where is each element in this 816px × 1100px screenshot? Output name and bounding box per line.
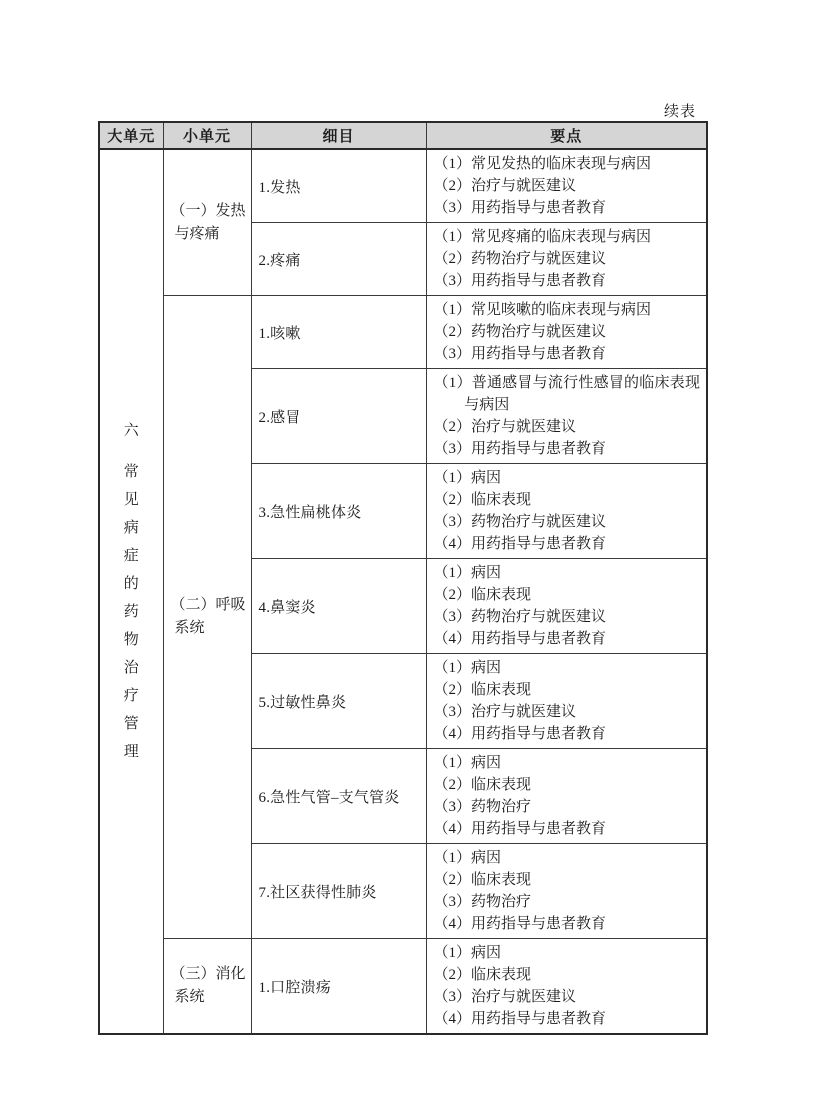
- point-line: （1）病因: [434, 657, 701, 679]
- point-line: （4）用药指导与患者教育: [434, 723, 701, 745]
- point-line: （2）临床表现: [434, 489, 701, 511]
- major-unit-char: 管: [124, 710, 139, 738]
- point-line: （3）用药指导与患者教育: [434, 343, 701, 365]
- points-cell: （1）病因 （2）临床表现 （3）药物治疗 （4）用药指导与患者教育: [426, 749, 707, 844]
- point-line: （1）病因: [434, 942, 701, 964]
- point-line: （1）病因: [434, 562, 701, 584]
- item-cell: 6.急性气管–支气管炎: [251, 749, 426, 844]
- sub-unit-label: 系统: [171, 617, 245, 640]
- col-header-item: 细目: [251, 122, 426, 149]
- point-line: （2）临床表现: [434, 774, 701, 796]
- major-unit-char: 药: [124, 598, 139, 626]
- point-line: （2）药物治疗与就医建议: [434, 321, 701, 343]
- item-cell: 1.发热: [251, 149, 426, 223]
- major-unit-char: 病: [124, 514, 139, 542]
- point-line: （4）用药指导与患者教育: [434, 533, 701, 555]
- major-unit-char: 的: [124, 570, 139, 598]
- points-cell: （1）病因 （2）临床表现 （3）治疗与就医建议 （4）用药指导与患者教育: [426, 654, 707, 749]
- point-line: （3）药物治疗: [434, 891, 701, 913]
- major-unit-char: 治: [124, 654, 139, 682]
- point-line: （1）常见疼痛的临床表现与病因: [434, 226, 701, 248]
- point-line: （4）用药指导与患者教育: [434, 818, 701, 840]
- col-header-sub-unit: 小单元: [163, 122, 251, 149]
- points-cell: （1）病因 （2）临床表现 （3）药物治疗与就医建议 （4）用药指导与患者教育: [426, 464, 707, 559]
- syllabus-table: 大单元 小单元 细目 要点 六 常 见 病 症 的 药 物: [98, 121, 708, 1035]
- points-cell: （1）常见咳嗽的临床表现与病因 （2）药物治疗与就医建议 （3）用药指导与患者教…: [426, 296, 707, 369]
- major-unit-char: 症: [124, 542, 139, 570]
- point-line: （2）临床表现: [434, 964, 701, 986]
- sub-unit-cell-digestive: （三）消化 系统: [163, 939, 251, 1035]
- points-cell: （1）病因 （2）临床表现 （3）药物治疗与就医建议 （4）用药指导与患者教育: [426, 559, 707, 654]
- sub-unit-label: （二）呼吸: [171, 594, 245, 617]
- points-cell: （1）常见疼痛的临床表现与病因 （2）药物治疗与就医建议 （3）用药指导与患者教…: [426, 223, 707, 296]
- point-line: （1）病因: [434, 467, 701, 489]
- sub-unit-cell-respiratory: （二）呼吸 系统: [163, 296, 251, 939]
- major-unit-char: 理: [124, 738, 139, 766]
- point-line: （2）临床表现: [434, 679, 701, 701]
- point-line: （3）治疗与就医建议: [434, 986, 701, 1008]
- point-line: （2）临床表现: [434, 869, 701, 891]
- document-page: 续表 大单元 小单元 细目 要点 六 常 见 病: [0, 0, 816, 1100]
- major-unit-number: 六: [124, 417, 139, 445]
- major-unit-cell: 六 常 见 病 症 的 药 物 治 疗 管 理: [99, 149, 163, 1034]
- item-cell: 1.口腔溃疡: [251, 939, 426, 1035]
- item-cell: 7.社区获得性肺炎: [251, 844, 426, 939]
- point-line: （2）治疗与就医建议: [434, 175, 701, 197]
- point-line: （1）常见咳嗽的临床表现与病因: [434, 299, 701, 321]
- continued-table-label: 续表: [98, 100, 696, 121]
- item-cell: 5.过敏性鼻炎: [251, 654, 426, 749]
- major-unit-char: 常: [124, 458, 139, 486]
- sub-unit-cell-fever-pain: （一）发热 与疼痛: [163, 149, 251, 296]
- point-line: （2）临床表现: [434, 584, 701, 606]
- sub-unit-label: 系统: [171, 986, 245, 1009]
- point-line: （4）用药指导与患者教育: [434, 628, 701, 650]
- points-cell: （1）病因 （2）临床表现 （3）治疗与就医建议 （4）用药指导与患者教育: [426, 939, 707, 1035]
- point-line: （1）常见发热的临床表现与病因: [434, 153, 701, 175]
- header-row: 大单元 小单元 细目 要点: [99, 122, 707, 149]
- sub-unit-label: （三）消化: [171, 963, 245, 986]
- col-header-major-unit: 大单元: [99, 122, 163, 149]
- major-unit-char: 见: [124, 486, 139, 514]
- sub-unit-label: 与疼痛: [171, 223, 245, 246]
- table-row: 六 常 见 病 症 的 药 物 治 疗 管 理 （一）发热: [99, 149, 707, 223]
- points-cell: （1）常见发热的临床表现与病因 （2）治疗与就医建议 （3）用药指导与患者教育: [426, 149, 707, 223]
- table-row: （二）呼吸 系统 1.咳嗽 （1）常见咳嗽的临床表现与病因 （2）药物治疗与就医…: [99, 296, 707, 369]
- point-line: （1）普通感冒与流行性感冒的临床表现与病因: [434, 372, 701, 416]
- item-cell: 4.鼻窦炎: [251, 559, 426, 654]
- item-cell: 1.咳嗽: [251, 296, 426, 369]
- point-line: （3）治疗与就医建议: [434, 701, 701, 723]
- item-cell: 2.感冒: [251, 369, 426, 464]
- point-line: （3）药物治疗与就医建议: [434, 511, 701, 533]
- point-line: （3）用药指导与患者教育: [434, 438, 701, 460]
- point-line: （3）用药指导与患者教育: [434, 197, 701, 219]
- point-line: （4）用药指导与患者教育: [434, 1008, 701, 1030]
- points-cell: （1）普通感冒与流行性感冒的临床表现与病因 （2）治疗与就医建议 （3）用药指导…: [426, 369, 707, 464]
- col-header-points: 要点: [426, 122, 707, 149]
- table-row: （三）消化 系统 1.口腔溃疡 （1）病因 （2）临床表现 （3）治疗与就医建议…: [99, 939, 707, 1035]
- points-cell: （1）病因 （2）临床表现 （3）药物治疗 （4）用药指导与患者教育: [426, 844, 707, 939]
- point-line: （2）治疗与就医建议: [434, 416, 701, 438]
- point-line: （3）用药指导与患者教育: [434, 270, 701, 292]
- point-line: （4）用药指导与患者教育: [434, 913, 701, 935]
- sub-unit-label: （一）发热: [171, 200, 245, 223]
- item-cell: 3.急性扁桃体炎: [251, 464, 426, 559]
- major-unit-char: 疗: [124, 682, 139, 710]
- major-unit-char: 物: [124, 626, 139, 654]
- point-line: （1）病因: [434, 752, 701, 774]
- point-line: （1）病因: [434, 847, 701, 869]
- point-line: （3）药物治疗: [434, 796, 701, 818]
- major-unit-vertical-text: 六 常 见 病 症 的 药 物 治 疗 管 理: [102, 417, 161, 766]
- item-cell: 2.疼痛: [251, 223, 426, 296]
- point-line: （2）药物治疗与就医建议: [434, 248, 701, 270]
- point-line: （3）药物治疗与就医建议: [434, 606, 701, 628]
